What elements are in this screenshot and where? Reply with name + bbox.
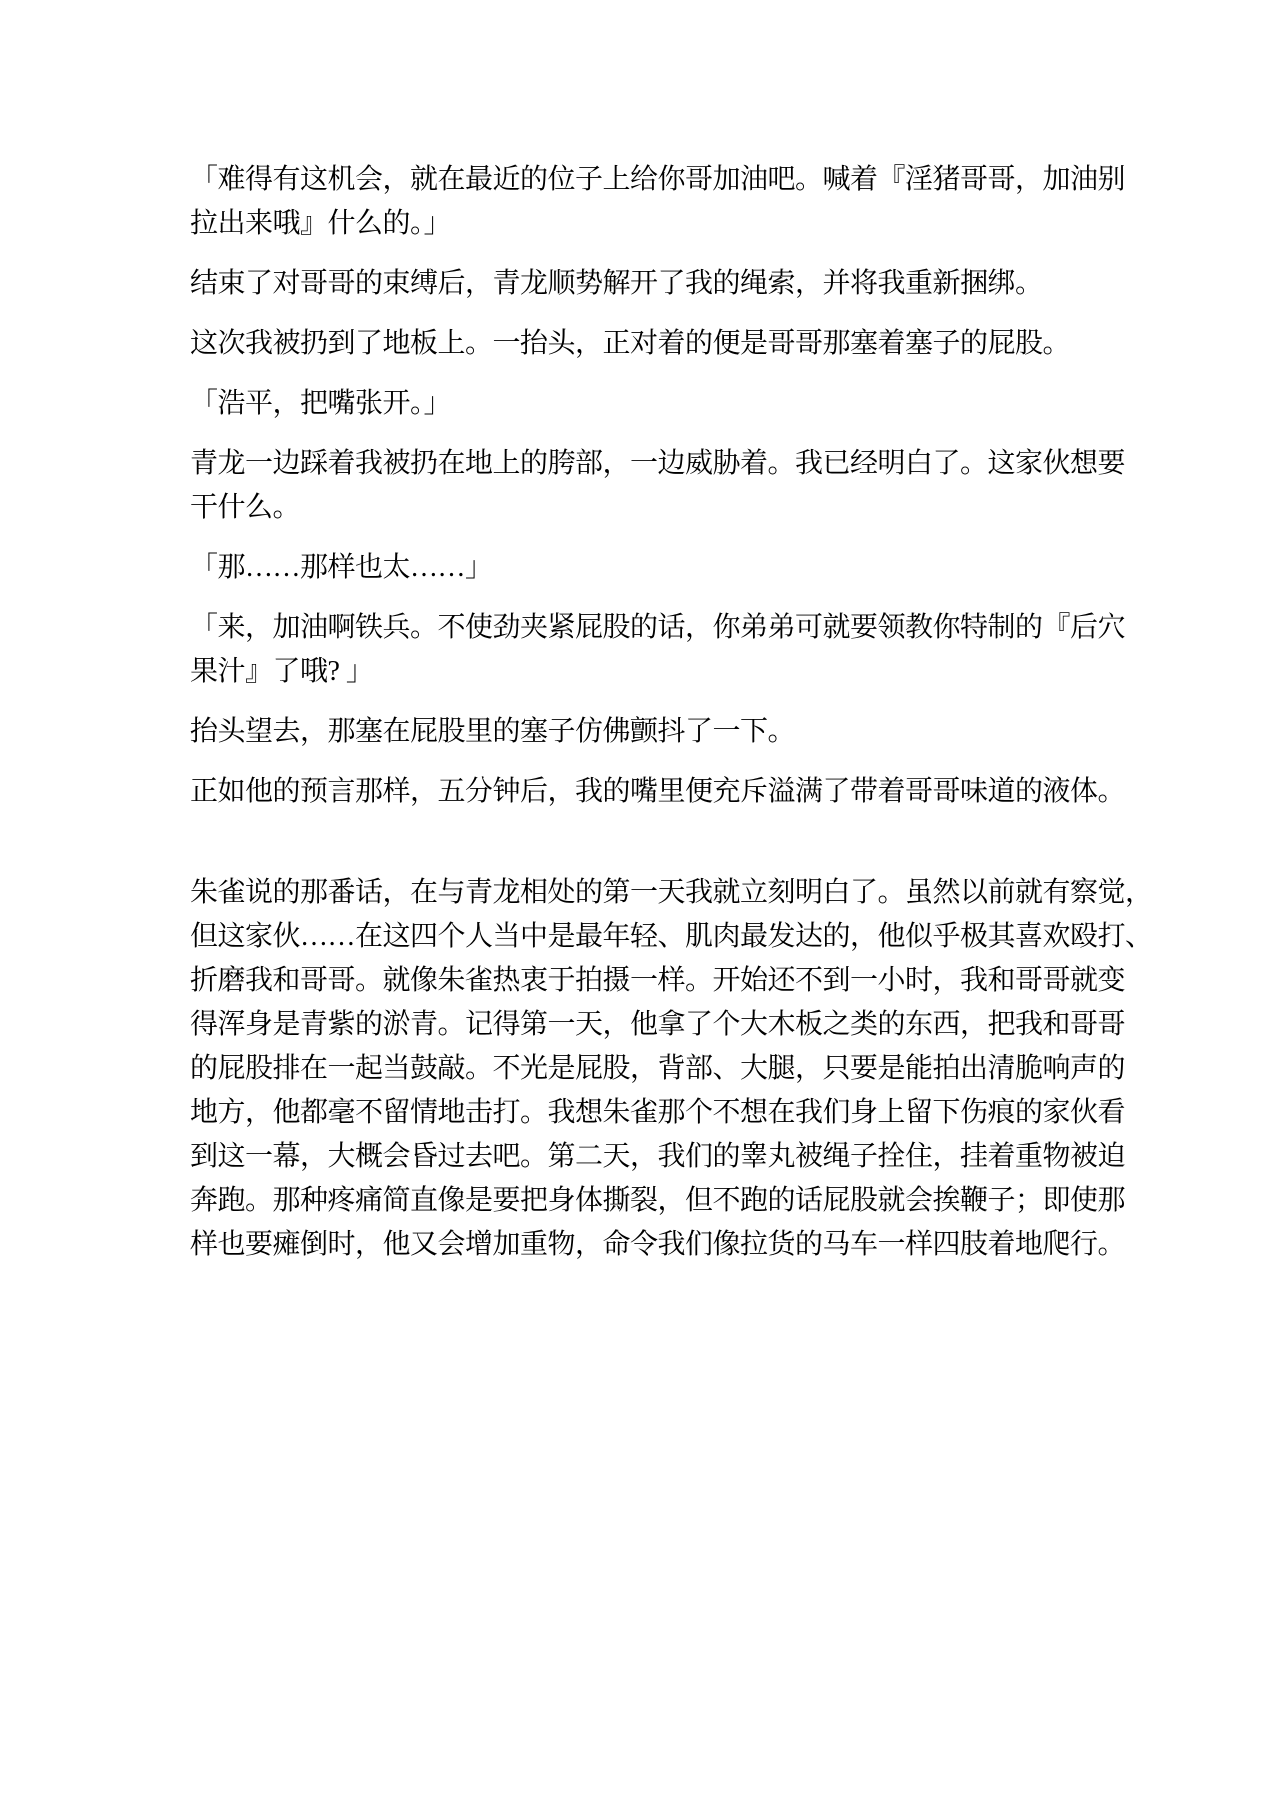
text-line: 青龙一边踩着我被扔在地上的胯部，一边威胁着。我已经明白了。这家伙想要 [190, 448, 1125, 479]
text-line: 抬头望去，那塞在屁股里的塞子仿佛颤抖了一下。 [190, 716, 795, 747]
text-line: 「难得有这机会，就在最近的位子上给你哥加油吧。喊着『淫猪哥哥，加油别 [190, 164, 1125, 195]
text-line: 但这家伙……在这四个人当中是最年轻、肌肉最发达的，他似乎极其喜欢殴打、 [190, 921, 1153, 952]
text-line: 样也要瘫倒时，他又会增加重物，命令我们像拉货的马车一样四肢着地爬行。 [190, 1229, 1125, 1260]
text-line: 结束了对哥哥的束缚后，青龙顺势解开了我的绳索，并将我重新捆绑。 [190, 268, 1043, 299]
text-line: 果汁』了哦? 」 [190, 656, 373, 687]
text-line: 折磨我和哥哥。就像朱雀热衷于拍摄一样。开始还不到一小时，我和哥哥就变 [190, 965, 1125, 996]
text-line: 奔跑。那种疼痛简直像是要把身体撕裂，但不跑的话屁股就会挨鞭子；即使那 [190, 1185, 1125, 1216]
text-line: 朱雀说的那番话，在与青龙相处的第一天我就立刻明白了。虽然以前就有察觉， [190, 877, 1153, 908]
text-line: 的屁股排在一起当鼓敲。不光是屁股，背部、大腿，只要是能拍出清脆响声的 [190, 1053, 1125, 1084]
paragraph: 「难得有这机会，就在最近的位子上给你哥加油吧。喊着『淫猪哥哥，加油别 拉出来哦』… [190, 158, 1150, 246]
text-line: 这次我被扔到了地板上。一抬头，正对着的便是哥哥那塞着塞子的屁股。 [190, 328, 1070, 359]
paragraph: 正如他的预言那样，五分钟后，我的嘴里便充斥溢满了带着哥哥味道的液体。 [190, 770, 1150, 814]
paragraph: 朱雀说的那番话，在与青龙相处的第一天我就立刻明白了。虽然以前就有察觉， 但这家伙… [190, 871, 1150, 1267]
text-line: 到这一幕，大概会昏过去吧。第二天，我们的睾丸被绳子拴住，挂着重物被迫 [190, 1141, 1125, 1172]
text-line: 正如他的预言那样，五分钟后，我的嘴里便充斥溢满了带着哥哥味道的液体。 [190, 776, 1125, 807]
paragraph: 这次我被扔到了地板上。一抬头，正对着的便是哥哥那塞着塞子的屁股。 [190, 322, 1150, 366]
paragraph: 「浩平，把嘴张开。」 [190, 382, 1150, 426]
text-line: 「来，加油啊铁兵。不使劲夹紧屁股的话，你弟弟可就要领教你特制的『后穴 [190, 612, 1125, 643]
paragraph: 结束了对哥哥的束缚后，青龙顺势解开了我的绳索，并将我重新捆绑。 [190, 262, 1150, 306]
paragraph: 「来，加油啊铁兵。不使劲夹紧屁股的话，你弟弟可就要领教你特制的『后穴 果汁』了哦… [190, 606, 1150, 694]
text-line: 拉出来哦』什么的。」 [190, 208, 451, 239]
paragraph: 青龙一边踩着我被扔在地上的胯部，一边威胁着。我已经明白了。这家伙想要 干什么。 [190, 442, 1150, 530]
text-content: 「难得有这机会，就在最近的位子上给你哥加油吧。喊着『淫猪哥哥，加油别 拉出来哦』… [190, 158, 1150, 1283]
text-line: 得浑身是青紫的淤青。记得第一天，他拿了个大木板之类的东西，把我和哥哥 [190, 1009, 1125, 1040]
text-line: 「浩平，把嘴张开。」 [190, 388, 451, 419]
text-line: 干什么。 [190, 492, 300, 523]
paragraph: 「那……那样也太……」 [190, 546, 1150, 590]
paragraph: 抬头望去，那塞在屁股里的塞子仿佛颤抖了一下。 [190, 710, 1150, 754]
text-line: 地方，他都毫不留情地击打。我想朱雀那个不想在我们身上留下伤痕的家伙看 [190, 1097, 1125, 1128]
text-line: 「那……那样也太……」 [190, 552, 493, 583]
document-page: 「难得有这机会，就在最近的位子上给你哥加油吧。喊着『淫猪哥哥，加油别 拉出来哦』… [0, 0, 1280, 1810]
